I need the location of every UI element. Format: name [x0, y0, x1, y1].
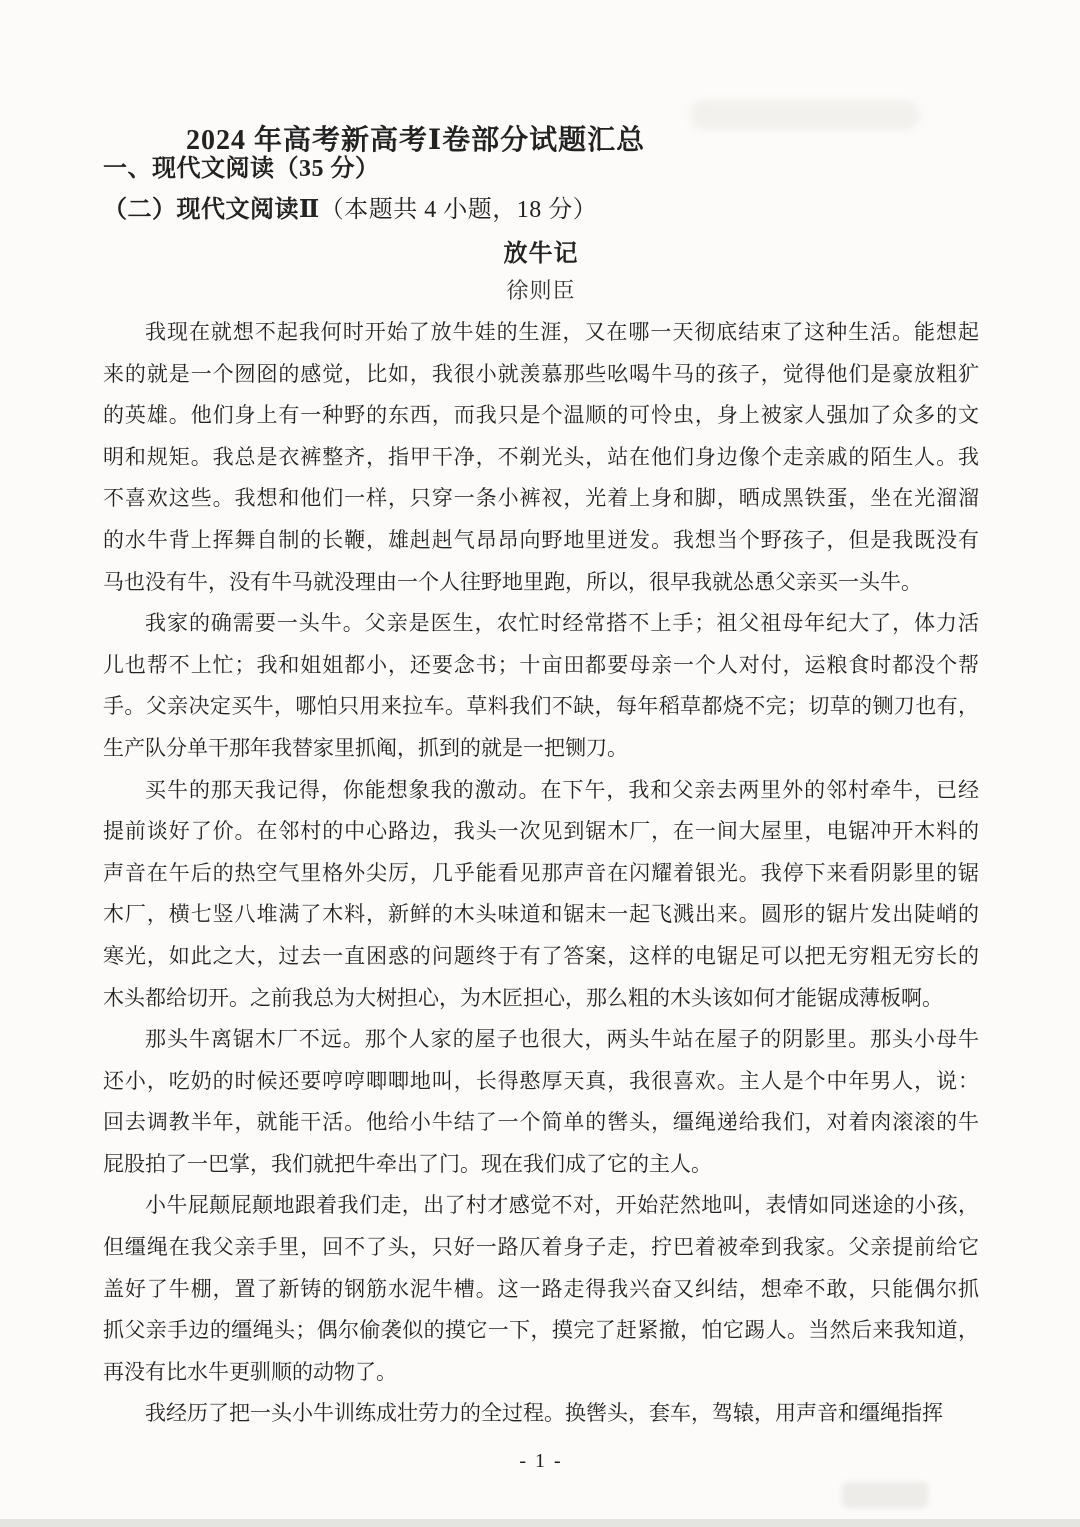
subsection-heading: （二）现代文阅读Ⅱ（本题共 4 小题，18 分） — [103, 189, 597, 224]
text-line: 回去调教半年，就能干活。他给小牛结了一个简单的辔头，缰绳递给我们，对着肉滚滚的牛 — [103, 1102, 979, 1144]
text-line: 木头都给切开。之前我总为大树担心，为木匠担心，那么粗的木头该如何才能锯成薄板啊。 — [103, 978, 979, 1020]
text-line: 的水牛背上挥舞自制的长鞭，雄赳赳气昂昂向野地里迸发。我想当个野孩子，但是我既没有 — [103, 520, 979, 562]
article-body: 我现在就想不起我何时开始了放牛娃的生涯，又在哪一天彻底结束了这种生活。能想起来的… — [103, 312, 979, 1435]
text-line: 生产队分单干那年我替家里抓阄，抓到的就是一把铡刀。 — [103, 728, 979, 770]
text-line: 我家的确需要一头牛。父亲是医生，农忙时经常搭不上手；祖父祖母年纪大了，体力活 — [103, 603, 979, 645]
text-line: 明和规矩。我总是衣裤整齐，指甲干净，不剃光头，站在他们身边像个走亲戚的陌生人。我 — [103, 437, 979, 479]
text-line: 买牛的那天我记得，你能想象我的激动。在下午，我和父亲去两里外的邻村牵牛，已经 — [103, 770, 979, 812]
text-line: 声音在午后的热空气里格外尖厉，几乎能看见那声音在闪耀着银光。我停下来看阴影里的锯 — [103, 853, 979, 895]
text-line: 屁股拍了一巴掌，我们就把牛牵出了门。现在我们成了它的主人。 — [103, 1144, 979, 1186]
text-line: 抓父亲手边的缰绳头；偶尔偷袭似的摸它一下，摸完了赶紧撤，怕它踢人。当然后来我知道… — [103, 1310, 979, 1352]
text-line: 来的就是一个囫囵的感觉，比如，我很小就羡慕那些吆喝牛马的孩子，觉得他们是豪放粗犷 — [103, 354, 979, 396]
scan-smudge — [690, 100, 920, 130]
text-line: 儿也帮不上忙；我和姐姐都小，还要念书；十亩田都要母亲一个人对付，运粮食时都没个帮 — [103, 645, 979, 687]
text-line: 还小，吃奶的时候还要哼哼唧唧地叫，长得憨厚天真，我很喜欢。主人是个中年男人，说： — [103, 1061, 979, 1103]
text-line: 我现在就想不起我何时开始了放牛娃的生涯，又在哪一天彻底结束了这种生活。能想起 — [103, 312, 979, 354]
page-number: - 1 - — [103, 1450, 979, 1473]
text-line: 木厂，横七竖八堆满了木料，新鲜的木头味道和锯末一起飞溅出来。圆形的锯片发出陡峭的 — [103, 894, 979, 936]
text-line: 手。父亲决定买牛，哪怕只用来拉车。草料我们不缺，每年稻草都烧不完；切草的铡刀也有… — [103, 686, 979, 728]
text-line: 再没有比水牛更驯顺的动物了。 — [103, 1352, 979, 1394]
text-line: 马也没有牛，没有牛马就没理由一个人往野地里跑，所以，很早我就怂恿父亲买一头牛。 — [103, 562, 979, 604]
article-title: 放牛记 — [103, 233, 979, 268]
scan-smudge — [842, 1482, 928, 1508]
text-line: 那头牛离锯木厂不远。那个人家的屋子也很大，两头牛站在屋子的阴影里。那头小母牛 — [103, 1019, 979, 1061]
text-line: 我经历了把一头小牛训练成壮劳力的全过程。换辔头，套车，驾辕，用声音和缰绳指挥 — [103, 1393, 979, 1435]
text-line: 提前谈好了价。在邻村的中心路边，我头一次见到锯木厂，在一间大屋里，电锯冲开木料的 — [103, 811, 979, 853]
text-line: 小牛屁颠屁颠地跟着我们走，出了村才感觉不对，开始茫然地叫，表情如同迷途的小孩， — [103, 1185, 979, 1227]
document-page: 2024 年高考新高考Ⅰ卷部分试题汇总 一、现代文阅读（35 分） （二）现代文… — [0, 0, 1080, 1527]
scan-edge — [0, 1519, 1080, 1527]
text-line: 的英雄。他们身上有一种野的东西，而我只是个温顺的可怜虫，身上被家人强加了众多的文 — [103, 395, 979, 437]
text-line: 寒光，如此之大，过去一直困惑的问题终于有了答案，这样的电锯足可以把无穷粗无穷长的 — [103, 936, 979, 978]
subsection-heading-bold: （二）现代文阅读Ⅱ — [103, 197, 320, 223]
subsection-heading-rest: （本题共 4 小题，18 分） — [320, 197, 598, 223]
text-line: 盖好了牛棚，置了新铸的钢筋水泥牛槽。这一路走得我兴奋又纠结，想牵不敢，只能偶尔抓 — [103, 1269, 979, 1311]
article-author: 徐则臣 — [103, 274, 979, 305]
text-line: 但缰绳在我父亲手里，回不了头，只好一路仄着身子走，拧巴着被牵到我家。父亲提前给它 — [103, 1227, 979, 1269]
text-line: 不喜欢这些。我想和他们一样，只穿一条小裤衩，光着上身和脚，晒成黑铁蛋，坐在光溜溜 — [103, 478, 979, 520]
section-heading: 一、现代文阅读（35 分） — [103, 148, 380, 183]
